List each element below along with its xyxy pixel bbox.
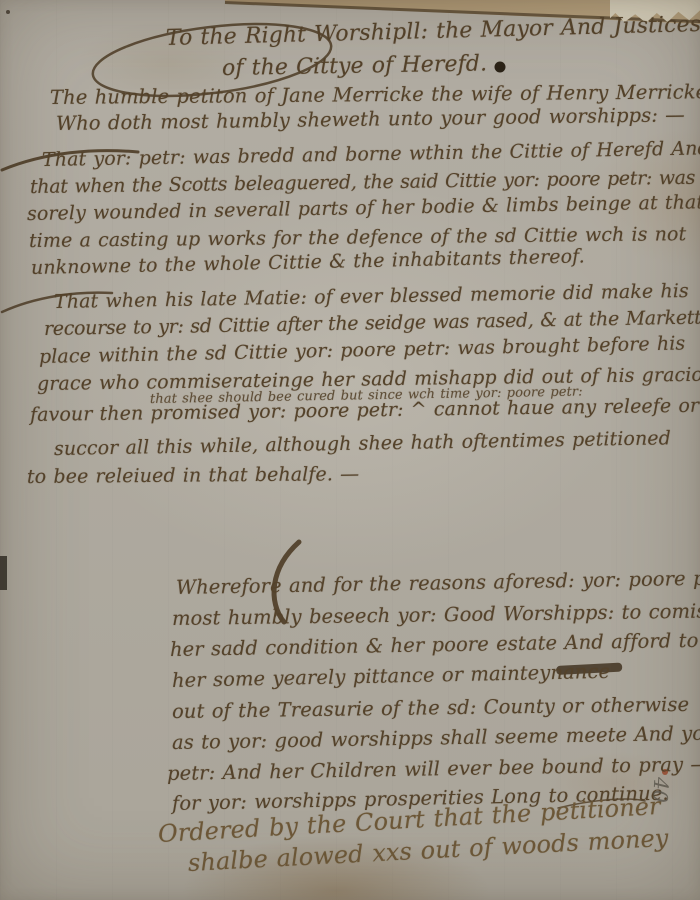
petition-line: succor all this while, although shee hat… — [54, 427, 671, 460]
petition-line: That yor: petr: was bredd and borne wthi… — [42, 137, 700, 171]
petition-line: time a casting up works for the defence … — [29, 223, 686, 252]
petition-line: Wherefore and for the reasons aforesd: y… — [176, 566, 700, 599]
left-edge-notch — [0, 556, 7, 590]
petition-line: to bee releiued in that behalfe. — — [27, 463, 359, 488]
ink-speck — [6, 10, 10, 14]
heading-line: of the Cittye of Herefd. — [222, 51, 488, 81]
petition-line: most humbly beseech yor: Good Worshipps:… — [172, 599, 700, 630]
petition-line: her sadd condition & her poore estate An… — [170, 628, 700, 661]
petition-line: petr: And her Children will ever bee bou… — [167, 753, 700, 785]
folio-number: 40 — [648, 777, 673, 804]
ink-blot — [495, 62, 506, 73]
petition-line: her some yearely pittance or mainteynanc… — [172, 660, 611, 692]
petition-line: favour then promised yor: poore petr: ^ … — [30, 395, 699, 426]
heading-line: To the Right Worshipll: the Mayor And Ju… — [166, 12, 700, 51]
petition-line: as to yor: good worshipps shall seeme me… — [172, 721, 700, 754]
petition-line: out of the Treasurie of the sd: County o… — [172, 693, 689, 723]
manuscript-page: To the Right Worshipll: the Mayor And Ju… — [0, 0, 700, 900]
